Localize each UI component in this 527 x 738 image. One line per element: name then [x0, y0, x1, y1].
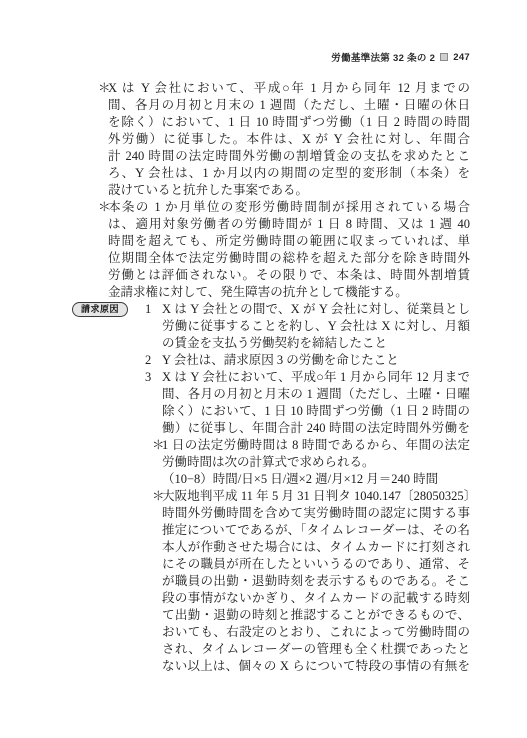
text-line: て出勤・退勤の時刻と推認することができるもので、本件に [162, 607, 470, 624]
claim-item-3: 3 X は Y 会社において、平成○年 1 月から同年 12 月までの 間、各月… [162, 369, 470, 437]
text-line: 本条の 1 か月単位の変形労働時間制が採用されている場合 [108, 199, 470, 216]
text-line: 設けていると抗弁した事案である。 [108, 182, 470, 199]
text-line: おいても、右設定のとおり、これによって労働時間の管理が [162, 624, 470, 641]
page-number: 247 [453, 52, 470, 63]
text-line: 大阪地判平成 11 年 5 月 31 日判タ 1040.147〔28050325… [162, 488, 470, 505]
text-line: X は Y 会社において、平成○年 1 月から同年 12 月までの [162, 369, 470, 386]
text-line: 労働に従事することを約し、Y 会社は X に対し、月額 20 万円 [162, 318, 470, 335]
text-line: 除く）において、1 日 10 時間ずつ労働（1 日 2 時間の時間外労 [162, 403, 470, 420]
text-line: ない以上は、個々の X らについて特段の事情の有無を検討 [162, 658, 470, 675]
text-line: 労働時間は次の計算式で求められる。 [162, 454, 470, 471]
text-line: 推定についてであるが、「タイムレコーダーは、その名義の [162, 522, 470, 539]
text-line: 計 240 時間の法定時間外労働の割増賃金の支払を求めたとこ [108, 148, 470, 165]
text-line: 時間外労働時間を含めて実労働時間の認定に関する事実上の [162, 505, 470, 522]
text-line: され、タイムレコーダーの管理も全く杜撰であったとはいえ [162, 641, 470, 658]
claim-item-2: 2 Y 会社は、請求原因 3 の労働を命じたこと [162, 352, 470, 369]
text-line: を除く）において、1 日 10 時間ずつ労働（1 日 2 時間の時間 [108, 114, 470, 131]
asterisk-marker: ＊ [152, 488, 165, 505]
text-line: 働）に従事し、年間合計 240 時間の法定時間外労働をしたこと [162, 420, 470, 437]
asterisk-marker: ＊ [152, 437, 165, 454]
text-line: 位期間全体で法定労働時間の総枠を超えた部分を除き時間外 [108, 250, 470, 267]
claim-item-1: 請求原因 1 X は Y 会社との間で、X が Y 会社に対し、従業員としての … [162, 301, 470, 352]
text-line: 段の事情がないかぎり、タイムカードの記載する時刻をもっ [162, 590, 470, 607]
page-body: ＊ X は Y 会社において、平成○年 1 月から同年 12 月までの 間、各月… [0, 80, 527, 675]
text-line: 本人が作動させた場合には、タイムカードに打刻された時刻 [162, 539, 470, 556]
book-page: 労働基準法第 32 条の 2 247 ＊ X は Y 会社において、平成○年 1… [0, 0, 527, 738]
text-line: 1 日の法定労働時間は 8 時間であるから、年間の法定時間外 [162, 437, 470, 454]
formula-line: （10−8）時間/日×5 日/週×2 週/月×12 月＝240 時間 [162, 471, 470, 488]
text-line: の賃金を支払う労働契約を締結したこと [162, 335, 470, 352]
text-line: 労働とは評価されない。その限りで、本条は、時間外割増賃 [108, 267, 470, 284]
calculation-note: ＊ 1 日の法定労働時間は 8 時間であるから、年間の法定時間外 労働時間は次の… [162, 437, 470, 488]
text-line: 外労働）に従事した。本件は、X が Y 会社に対し、年間合 [108, 131, 470, 148]
running-head: 労働基準法第 32 条の 2 247 [331, 50, 470, 64]
law-title: 労働基準法第 32 条の 2 [331, 50, 435, 64]
text-line: X は Y 会社において、平成○年 1 月から同年 12 月までの [108, 80, 470, 97]
text-line: にその職員が所在したといいうるのであり、通常、その記載 [162, 556, 470, 573]
case-summary-note: ＊ X は Y 会社において、平成○年 1 月から同年 12 月までの 間、各月… [108, 80, 470, 199]
claim-cause-label: 請求原因 [72, 302, 128, 317]
precedent-note: ＊ 大阪地判平成 11 年 5 月 31 日判タ 1040.147〔280503… [162, 488, 470, 675]
text-line: 時間を超えても、所定労働時間の範囲に収まっていれば、単 [108, 233, 470, 250]
text-line: Y 会社は、請求原因 3 の労働を命じたこと [162, 352, 470, 369]
asterisk-marker: ＊ [98, 80, 111, 97]
commentary-note: ＊ 本条の 1 か月単位の変形労働時間制が採用されている場合 は、適用対象労働者… [108, 199, 470, 301]
section-marker-icon [440, 53, 448, 61]
text-line: ろ、Y 会社は、1 か月以内の期間の定型的変形制（本条）を [108, 165, 470, 182]
item-number: 3 [145, 369, 151, 386]
item-number: 1 [145, 301, 151, 318]
text-line: 間、各月の月初と月末の 1 週間（ただし、土曜・日曜の休日 [108, 97, 470, 114]
text-line: 金請求権に対して、発生障害の抗弁として機能する。 [108, 284, 470, 301]
asterisk-marker: ＊ [98, 199, 111, 216]
text-line: が職員の出勤・退勤時刻を表示するものである。そこで、特 [162, 573, 470, 590]
text-line: は、適用対象労働者の労働時間が 1 日 8 時間、又は 1 週 40 [108, 216, 470, 233]
text-line: 間、各月の月初と月末の 1 週間（ただし、土曜・日曜の休日を [162, 386, 470, 403]
item-number: 2 [145, 352, 151, 369]
text-line: X は Y 会社との間で、X が Y 会社に対し、従業員としての [162, 301, 470, 318]
